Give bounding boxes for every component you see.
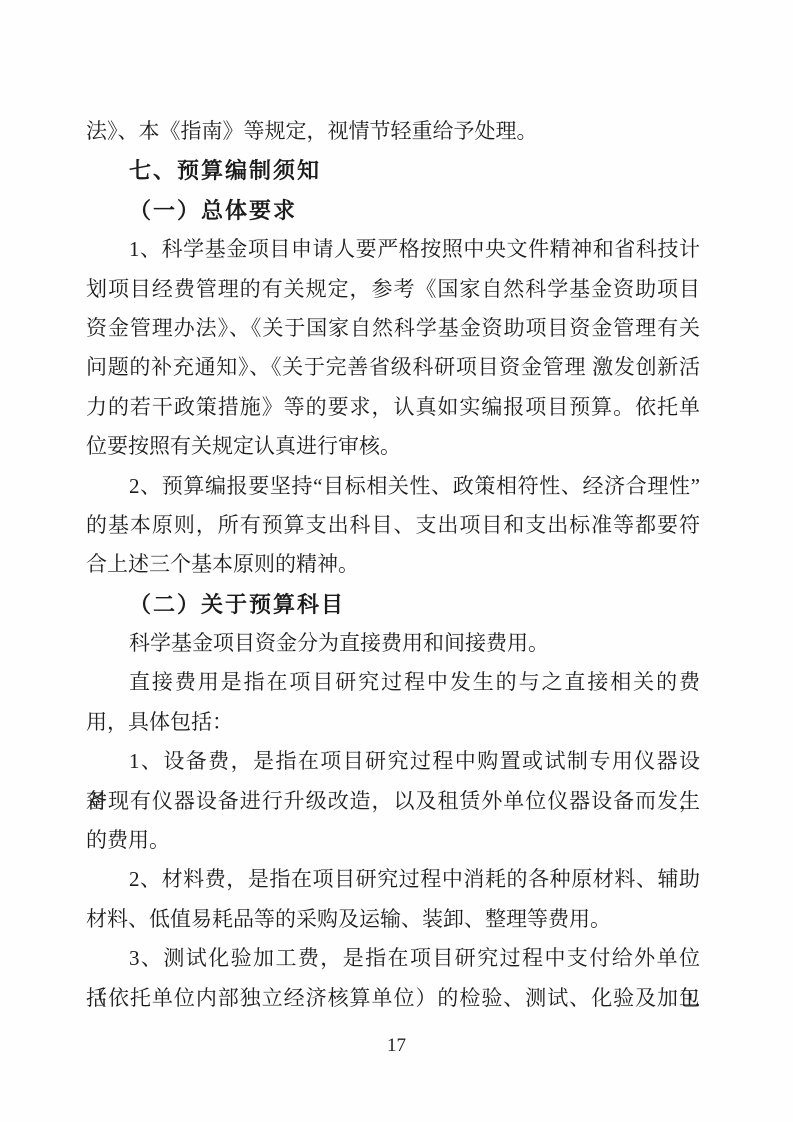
paragraph-line: 1、科学基金项目申请人要严格按照中央文件精神和省科技计 xyxy=(86,230,700,269)
section-heading-seven: 七、预算编制须知 xyxy=(86,151,700,190)
paragraph-line: 问题的补充通知》、《关于完善省级科研项目资金管理 激发创新活 xyxy=(86,348,700,387)
paragraph-line: 位要按照有关规定认真进行审核。 xyxy=(86,427,700,466)
paragraph-line: 力的若干政策措施》等的要求，认真如实编报项目预算。依托单 xyxy=(86,388,700,427)
paragraph-line: 的基本原则，所有预算支出科目、支出项目和支出标准等都要符 xyxy=(86,506,700,545)
document-page: 法》、本《指南》等规定，视情节轻重给予处理。 七、预算编制须知 （一）总体要求 … xyxy=(0,0,793,1122)
paragraph-line: 2、材料费，是指在项目研究过程中消耗的各种原材料、辅助 xyxy=(86,860,700,899)
paragraph-line: 划项目经费管理的有关规定，参考《国家自然科学基金资助项目 xyxy=(86,270,700,309)
paragraph-line: 资金管理办法》、《关于国家自然科学基金资助项目资金管理有关 xyxy=(86,309,700,348)
paragraph-line: 括依托单位内部独立经济核算单位）的检验、测试、化验及加工 xyxy=(86,979,700,1018)
page-number: 17 xyxy=(0,1033,793,1059)
document-body: 法》、本《指南》等规定，视情节轻重给予处理。 七、预算编制须知 （一）总体要求 … xyxy=(86,112,700,1018)
paragraph-line: 1、设备费，是指在项目研究过程中购置或试制专用仪器设备， xyxy=(86,742,700,781)
paragraph-line: 直接费用是指在项目研究过程中发生的与之直接相关的费 xyxy=(86,663,700,702)
paragraph-line: 2、预算编报要坚持“目标相关性、政策相符性、经济合理性” xyxy=(86,467,700,506)
subsection-heading-two: （二）关于预算科目 xyxy=(86,585,700,624)
paragraph-line: 合上述三个基本原则的精神。 xyxy=(86,545,700,584)
paragraph-line: 的费用。 xyxy=(86,821,700,860)
subsection-heading-one: （一）总体要求 xyxy=(86,191,700,230)
paragraph-line: 3、测试化验加工费，是指在项目研究过程中支付给外单位（包 xyxy=(86,939,700,978)
paragraph-line: 用，具体包括： xyxy=(86,703,700,742)
paragraph-line: 材料、低值易耗品等的采购及运输、装卸、整理等费用。 xyxy=(86,900,700,939)
paragraph-line: 对现有仪器设备进行升级改造，以及租赁外单位仪器设备而发生 xyxy=(86,782,700,821)
paragraph-line: 法》、本《指南》等规定，视情节轻重给予处理。 xyxy=(86,112,700,151)
paragraph-line: 科学基金项目资金分为直接费用和间接费用。 xyxy=(86,624,700,663)
